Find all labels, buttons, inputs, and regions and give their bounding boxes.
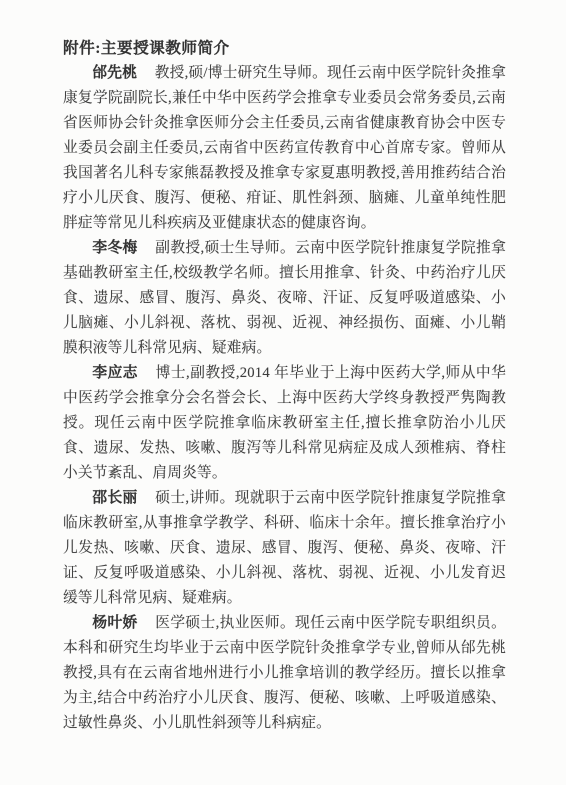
teacher-bio: 副教授,硕士生导师。云南中医学院针推康复学院推拿基础教研室主任,校级教学名师。擅…	[63, 240, 506, 356]
teacher-paragraph: 杨叶娇医学硕士,执业医师。现任云南中医学院专职组织员。本科和研究生均毕业于云南中…	[63, 611, 506, 736]
teacher-name: 邰先桃	[92, 65, 137, 81]
teacher-bio: 硕士,讲师。现就职于云南中医学院针推康复学院推拿临床教研室,从事推拿学教学、科研…	[63, 490, 506, 606]
teacher-name: 李冬梅	[92, 240, 137, 256]
teacher-paragraph: 李应志博士,副教授,2014 年毕业于上海中医药大学,师从中华中医药学会推拿分会…	[63, 361, 506, 486]
teacher-paragraph: 邰先桃教授,硕/博士研究生导师。现任云南中医学院针灸推拿康复学院副院长,兼任中华…	[63, 61, 506, 236]
page-title: 附件:主要授课教师简介	[63, 36, 506, 61]
teacher-name: 杨叶娇	[92, 615, 137, 631]
teacher-bio: 教授,硕/博士研究生导师。现任云南中医学院针灸推拿康复学院副院长,兼任中华中医药…	[63, 65, 506, 231]
teacher-name: 李应志	[92, 365, 138, 381]
document-page: 附件:主要授课教师简介 邰先桃教授,硕/博士研究生导师。现任云南中医学院针灸推拿…	[0, 0, 566, 785]
teacher-bio: 医学硕士,执业医师。现任云南中医学院专职组织员。本科和研究生均毕业于云南中医学院…	[63, 615, 506, 731]
teacher-paragraph: 邵长丽硕士,讲师。现就职于云南中医学院针推康复学院推拿临床教研室,从事推拿学教学…	[63, 486, 506, 611]
teacher-name: 邵长丽	[92, 490, 137, 506]
teacher-paragraph: 李冬梅副教授,硕士生导师。云南中医学院针推康复学院推拿基础教研室主任,校级教学名…	[63, 236, 506, 361]
teacher-bio: 博士,副教授,2014 年毕业于上海中医药大学,师从中华中医药学会推拿分会名誉会…	[63, 365, 506, 481]
